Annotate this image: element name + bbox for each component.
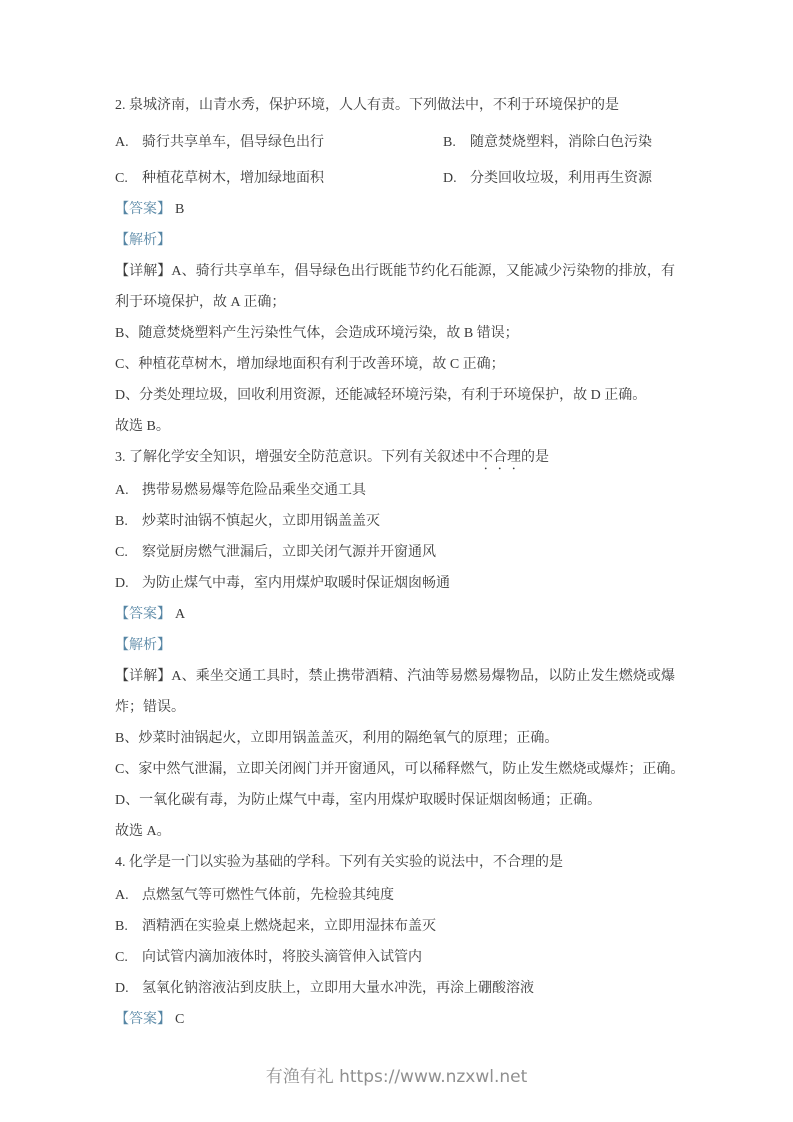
question-2-option-a: A.骑行共享单车，倡导绿色出行 (115, 127, 443, 158)
option-text: 骑行共享单车，倡导绿色出行 (142, 135, 324, 150)
option-letter: D. (115, 973, 131, 1004)
answer-value: A (175, 607, 185, 622)
option-text: 氢氧化钠溶液沾到皮肤上，立即用大量水冲洗，再涂上硼酸溶液 (142, 981, 534, 996)
option-text: 分类回收垃圾，利用再生资源 (470, 171, 652, 186)
question-2-detail-d: D、分类处理垃圾，回收利用资源，还能减轻环境污染，有利于环境保护，故 D 正确。 (115, 380, 675, 411)
option-text: 向试管内滴加液体时，将胶头滴管伸入试管内 (142, 950, 422, 965)
question-3-analysis-line: 【解析】 (115, 630, 675, 661)
exam-document-page: 2. 泉城济南，山青水秀，保护环境，人人有责。下列做法中，不利于环境保护的是 A… (0, 0, 793, 1122)
question-3-option-d: D.为防止煤气中毒，室内用煤炉取暖时保证烟囱畅通 (115, 568, 675, 599)
question-2-detail-b: B、随意焚烧塑料产生污染性气体，会造成环境污染，故 B 错误； (115, 318, 675, 349)
question-3-option-c: C.察觉厨房燃气泄漏后，立即关闭气源并开窗通风 (115, 537, 675, 568)
answer-label: 【答案】 (115, 607, 171, 622)
question-2-option-c: C.种植花草树木，增加绿地面积 (115, 163, 443, 194)
question-3-option-b: B.炒菜时油锅不慎起火，立即用锅盖盖灭 (115, 506, 675, 537)
option-letter: D. (443, 163, 459, 194)
detail-text: A、骑行共享单车，倡导绿色出行既能节约化石能源，又能减少污染物的排放，有利于环境… (115, 264, 675, 310)
option-letter: A. (115, 127, 131, 158)
detail-text: A、乘坐交通工具时，禁止携带酒精、汽油等易燃易爆物品，以防止发生燃烧或爆炸；错误… (115, 669, 675, 715)
question-4-option-a: A.点燃氢气等可燃性气体前，先检验其纯度 (115, 880, 675, 911)
option-text: 点燃氢气等可燃性气体前，先检验其纯度 (142, 888, 394, 903)
stem-text: 的是 (521, 450, 549, 465)
detail-label: 【详解】 (115, 264, 171, 279)
stem-text: 3. 了解化学安全知识，增强安全防范意识。下列有关叙述中 (115, 450, 479, 465)
question-2: 2. 泉城济南，山青水秀，保护环境，人人有责。下列做法中，不利于环境保护的是 A… (115, 90, 675, 442)
stem-emphasized-text: 不合理 (479, 450, 521, 465)
footer-watermark-text: 有渔有礼 https://www.nzxwl.net (266, 1067, 528, 1087)
question-3-stem: 3. 了解化学安全知识，增强安全防范意识。下列有关叙述中不合理的是 (115, 442, 675, 473)
question-4-option-c: C.向试管内滴加液体时，将胶头滴管伸入试管内 (115, 942, 675, 973)
option-text: 随意焚烧塑料，消除白色污染 (470, 135, 652, 150)
option-letter: A. (115, 475, 131, 506)
question-2-conclusion: 故选 B。 (115, 411, 675, 442)
option-text: 酒精洒在实验桌上燃烧起来，立即用湿抹布盖灭 (142, 919, 436, 934)
question-3-detail-b: B、炒菜时油锅起火，立即用锅盖盖灭，利用的隔绝氧气的原理；正确。 (115, 723, 675, 754)
question-4-option-d: D.氢氧化钠溶液沾到皮肤上，立即用大量水冲洗，再涂上硼酸溶液 (115, 973, 675, 1004)
question-2-detail-c: C、种植花草树木，增加绿地面积有利于改善环境，故 C 正确； (115, 349, 675, 380)
answer-label: 【答案】 (115, 202, 171, 217)
question-2-options: A.骑行共享单车，倡导绿色出行 B.随意焚烧塑料，消除白色污染 C.种植花草树木… (115, 127, 675, 194)
document-body: 2. 泉城济南，山青水秀，保护环境，人人有责。下列做法中，不利于环境保护的是 A… (115, 90, 675, 1035)
question-3-option-a: A.携带易燃易爆等危险品乘坐交通工具 (115, 475, 675, 506)
option-text: 为防止煤气中毒，室内用煤炉取暖时保证烟囱畅通 (142, 576, 450, 591)
question-3-conclusion: 故选 A。 (115, 816, 675, 847)
detail-label: 【详解】 (115, 669, 171, 684)
question-2-answer-line: 【答案】B (115, 194, 675, 225)
page-footer: 有渔有礼 https://www.nzxwl.net (0, 1062, 793, 1087)
question-3-detail-a: 【详解】A、乘坐交通工具时，禁止携带酒精、汽油等易燃易爆物品，以防止发生燃烧或爆… (115, 661, 675, 723)
answer-value: B (175, 202, 184, 217)
question-2-option-b: B.随意焚烧塑料，消除白色污染 (443, 127, 675, 158)
question-3-detail-c: C、家中然气泄漏，立即关闭阀门并开窗通风，可以稀释燃气，防止发生燃烧或爆炸；正确… (115, 754, 675, 785)
question-2-detail-a: 【详解】A、骑行共享单车，倡导绿色出行既能节约化石能源，又能减少污染物的排放，有… (115, 256, 675, 318)
answer-value: C (175, 1012, 184, 1027)
option-letter: C. (115, 942, 131, 973)
question-2-analysis-line: 【解析】 (115, 225, 675, 256)
question-4-options: A.点燃氢气等可燃性气体前，先检验其纯度 B.酒精洒在实验桌上燃烧起来，立即用湿… (115, 880, 675, 1004)
answer-label: 【答案】 (115, 1012, 171, 1027)
option-letter: B. (115, 506, 131, 537)
option-text: 察觉厨房燃气泄漏后，立即关闭气源并开窗通风 (142, 545, 436, 560)
option-letter: A. (115, 880, 131, 911)
option-text: 炒菜时油锅不慎起火，立即用锅盖盖灭 (142, 514, 380, 529)
option-letter: B. (443, 127, 459, 158)
option-letter: C. (115, 163, 131, 194)
question-2-stem: 2. 泉城济南，山青水秀，保护环境，人人有责。下列做法中，不利于环境保护的是 (115, 90, 675, 121)
option-letter: C. (115, 537, 131, 568)
option-text: 携带易燃易爆等危险品乘坐交通工具 (142, 483, 366, 498)
question-3-detail-d: D、一氧化碳有毒，为防止煤气中毒，室内用煤炉取暖时保证烟囱畅通；正确。 (115, 785, 675, 816)
option-letter: B. (115, 911, 131, 942)
question-2-option-d: D.分类回收垃圾，利用再生资源 (443, 163, 675, 194)
question-3-answer-line: 【答案】A (115, 599, 675, 630)
question-4-option-b: B.酒精洒在实验桌上燃烧起来，立即用湿抹布盖灭 (115, 911, 675, 942)
option-letter: D. (115, 568, 131, 599)
question-4: 4. 化学是一门以实验为基础的学科。下列有关实验的说法中，不合理的是 A.点燃氢… (115, 847, 675, 1035)
analysis-label: 【解析】 (115, 638, 171, 653)
option-text: 种植花草树木，增加绿地面积 (142, 171, 324, 186)
question-4-stem: 4. 化学是一门以实验为基础的学科。下列有关实验的说法中，不合理的是 (115, 847, 675, 878)
analysis-label: 【解析】 (115, 233, 171, 248)
question-3-options: A.携带易燃易爆等危险品乘坐交通工具 B.炒菜时油锅不慎起火，立即用锅盖盖灭 C… (115, 475, 675, 599)
question-3: 3. 了解化学安全知识，增强安全防范意识。下列有关叙述中不合理的是 A.携带易燃… (115, 442, 675, 847)
question-4-answer-line: 【答案】C (115, 1004, 675, 1035)
